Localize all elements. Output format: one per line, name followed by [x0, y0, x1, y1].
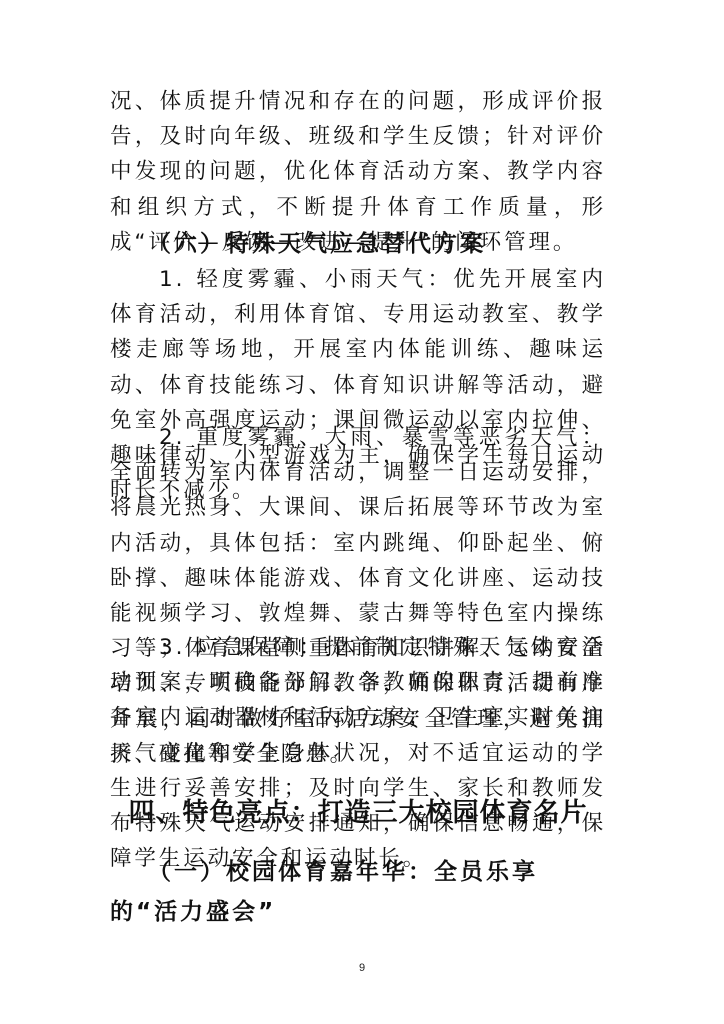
chapter-4-sub-heading: （一）校园体育嘉年华：全员乐享的“活力盛会”: [110, 852, 606, 932]
section-6-item-3: 3. 应急保障：提前制定特殊天气体育活动预案，明确各部门、各教师的职责，提前准备…: [110, 630, 606, 876]
section-6-heading-block: （六）特殊天气应急替代方案: [110, 226, 606, 262]
page-number: 9: [0, 962, 724, 974]
document-page: 况、体质提升情况和存在的问题，形成评价报告，及时向年级、班级和学生反馈；针对评价…: [0, 0, 724, 1024]
section-6-item-3-block: 3. 应急保障：提前制定特殊天气体育活动预案，明确各部门、各教师的职责，提前准备…: [110, 630, 606, 876]
chapter-4-sub-heading-block: （一）校园体育嘉年华：全员乐享的“活力盛会”: [110, 852, 606, 932]
chapter-4-heading-block: 四、特色亮点：打造三大校园体育名片: [110, 795, 606, 831]
section-6-heading: （六）特殊天气应急替代方案: [110, 226, 606, 262]
chapter-4-heading: 四、特色亮点：打造三大校园体育名片: [110, 795, 606, 831]
